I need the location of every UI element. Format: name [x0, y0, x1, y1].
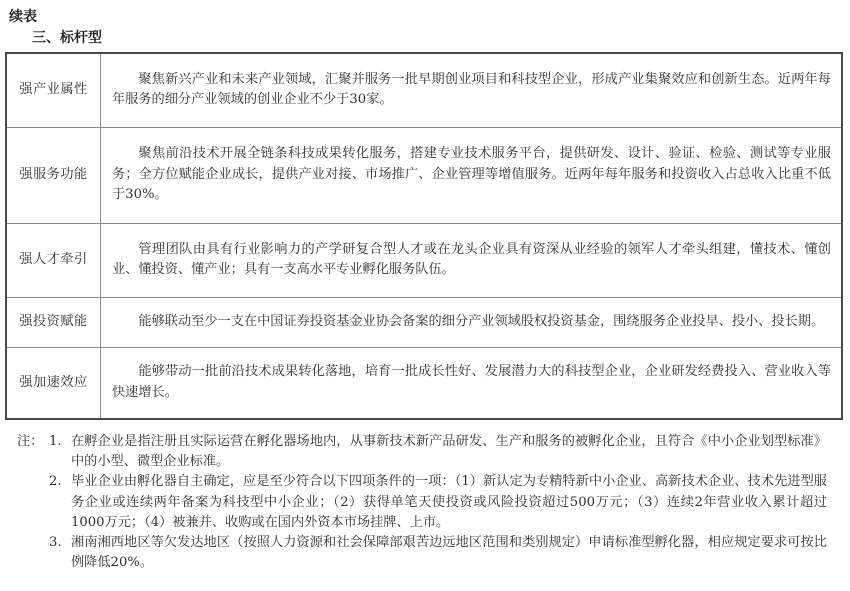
row-label: 强人才牵引 — [6, 223, 101, 297]
section-title: 三、标杆型 — [32, 27, 102, 47]
row-content: 聚焦新兴产业和未来产业领域，汇聚并服务一批早期创业项目和科技型企业，形成产业集聚… — [101, 53, 843, 127]
note-item: 3. 湘南湘西地区等欠发达地区（按照人力资源和社会保障部艰苦边远地区范围和类别规… — [17, 533, 827, 573]
note-number: 3. — [49, 533, 71, 573]
row-label: 强加速效应 — [6, 347, 101, 419]
row-content: 能够联动至少一支在中国证券投资基金业协会备案的细分产业领域股权投资基金，围绕服务… — [101, 297, 843, 347]
row-label: 强产业属性 — [6, 53, 101, 127]
table-row: 强服务功能 聚焦前沿技术开展全链条科技成果转化服务，搭建专业技术服务平台，提供研… — [6, 127, 842, 223]
notes-prefix: 注： — [17, 432, 49, 472]
continued-table-label: 续表 — [9, 6, 37, 26]
row-content-text: 能够联动至少一支在中国证券投资基金业协会备案的细分产业领域股权投资基金，围绕服务… — [112, 312, 831, 333]
note-text: 毕业企业由孵化器自主确定，应是至少符合以下四项条件的一项：（1）新认定为专精特新… — [71, 472, 827, 533]
note-text: 在孵企业是指注册且实际运营在孵化器场地内，从事新技术新产品研发、生产和服务的被孵… — [71, 432, 827, 472]
note-item: 注： 1. 在孵企业是指注册且实际运营在孵化器场地内，从事新技术新产品研发、生产… — [17, 432, 827, 472]
note-text: 湘南湘西地区等欠发达地区（按照人力资源和社会保障部艰苦边远地区范围和类别规定）申… — [71, 533, 827, 573]
note-number: 2. — [49, 472, 71, 533]
row-content: 聚焦前沿技术开展全链条科技成果转化服务，搭建专业技术服务平台，提供研发、设计、验… — [101, 127, 843, 223]
table-row: 强人才牵引 管理团队由具有行业影响力的产学研复合型人才或在龙头企业具有资深从业经… — [6, 223, 842, 297]
row-content-text: 聚焦新兴产业和未来产业领域，汇聚并服务一批早期创业项目和科技型企业，形成产业集聚… — [112, 70, 831, 111]
row-content: 能够带动一批前沿技术成果转化落地，培育一批成长性好、发展潜力大的科技型企业，企业… — [101, 347, 843, 419]
row-content: 管理团队由具有行业影响力的产学研复合型人才或在龙头企业具有资深从业经验的领军人才… — [101, 223, 843, 297]
note-number: 1. — [49, 432, 71, 472]
row-content-text: 能够带动一批前沿技术成果转化落地，培育一批成长性好、发展潜力大的科技型企业，企业… — [112, 362, 831, 403]
note-item: 2. 毕业企业由孵化器自主确定，应是至少符合以下四项条件的一项：（1）新认定为专… — [17, 472, 827, 533]
benchmark-criteria-table: 强产业属性 聚焦新兴产业和未来产业领域，汇聚并服务一批早期创业项目和科技型企业，… — [5, 52, 843, 420]
row-content-text: 管理团队由具有行业影响力的产学研复合型人才或在龙头企业具有资深从业经验的领军人才… — [112, 240, 831, 281]
row-label: 强投资赋能 — [6, 297, 101, 347]
table-row: 强产业属性 聚焦新兴产业和未来产业领域，汇聚并服务一批早期创业项目和科技型企业，… — [6, 53, 842, 127]
notes-section: 注： 1. 在孵企业是指注册且实际运营在孵化器场地内，从事新技术新产品研发、生产… — [17, 432, 827, 573]
table-row: 强加速效应 能够带动一批前沿技术成果转化落地，培育一批成长性好、发展潜力大的科技… — [6, 347, 842, 419]
row-label: 强服务功能 — [6, 127, 101, 223]
row-content-text: 聚焦前沿技术开展全链条科技成果转化服务，搭建专业技术服务平台，提供研发、设计、验… — [112, 144, 831, 206]
table-row: 强投资赋能 能够联动至少一支在中国证券投资基金业协会备案的细分产业领域股权投资基… — [6, 297, 842, 347]
